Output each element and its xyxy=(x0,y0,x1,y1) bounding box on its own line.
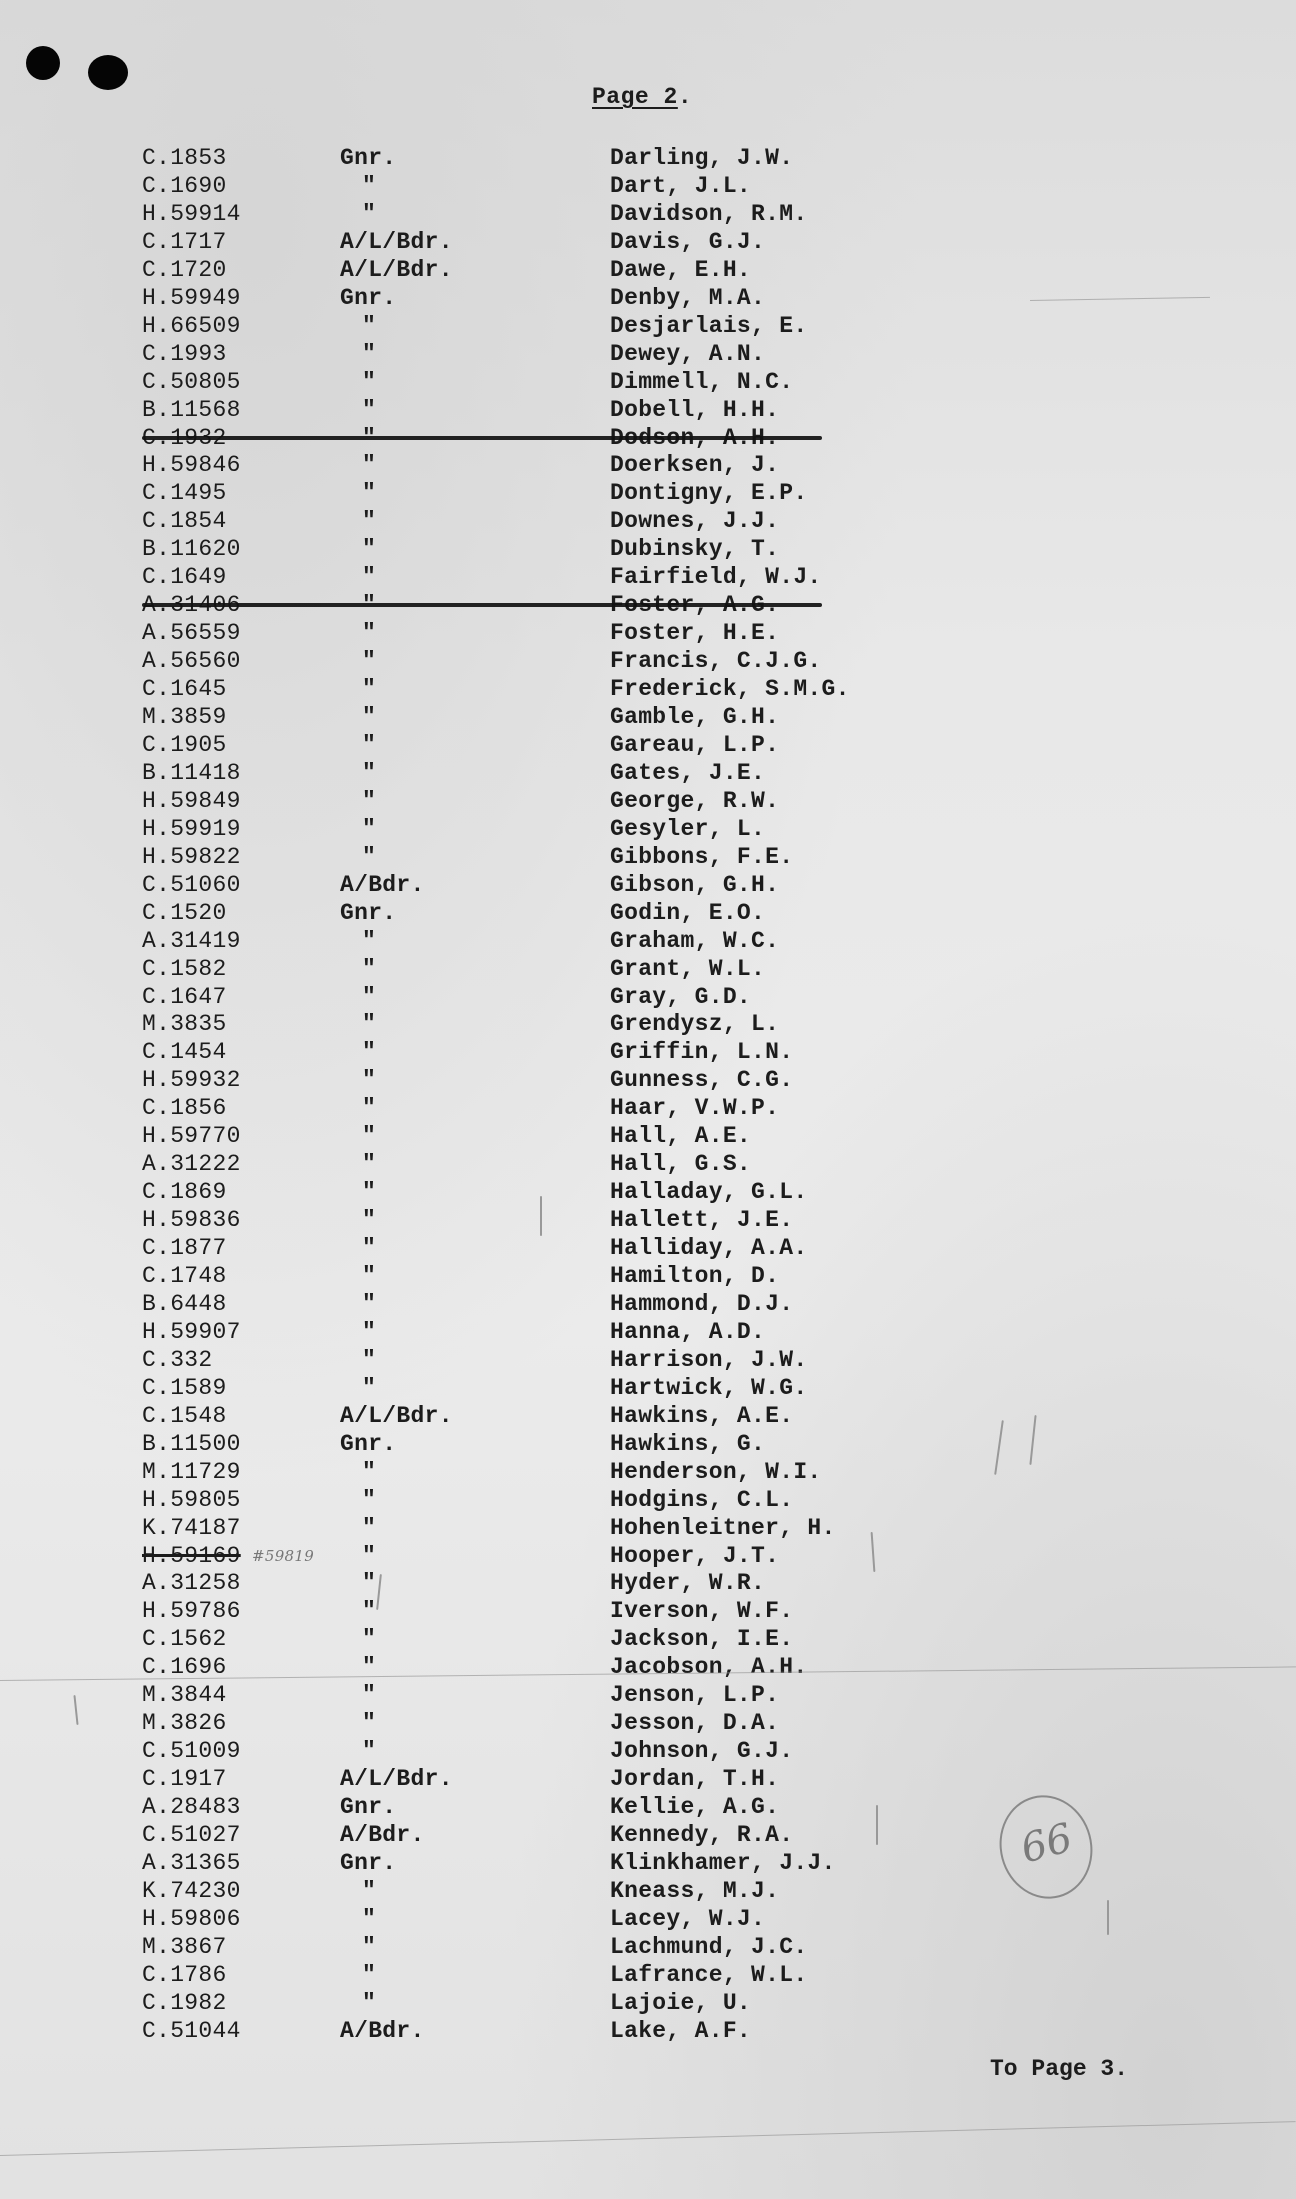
roll-entry: C.1717A/L/Bdr.Davis, G.J. xyxy=(0,228,1296,256)
roll-entry: C.332"Harrison, J.W. xyxy=(0,1346,1296,1374)
rank: A/Bdr. xyxy=(340,1821,425,1849)
regimental-number: K.74230 xyxy=(142,1877,241,1905)
soldier-name: Griffin, L.N. xyxy=(610,1038,793,1066)
ditto-mark: " xyxy=(362,172,376,200)
soldier-name: Halliday, A.A. xyxy=(610,1234,807,1262)
regimental-number: B.11568 xyxy=(142,396,241,424)
rank: A/Bdr. xyxy=(340,871,425,899)
regimental-number: B.11418 xyxy=(142,759,241,787)
soldier-name: Kennedy, R.A. xyxy=(610,1821,793,1849)
regimental-number: H.59836 xyxy=(142,1206,241,1234)
soldier-name: Lacey, W.J. xyxy=(610,1905,765,1933)
roll-entry: C.1649"Fairfield, W.J. xyxy=(0,563,1296,591)
punch-hole xyxy=(88,55,128,90)
roll-entry: C.1786"Lafrance, W.L. xyxy=(0,1961,1296,1989)
regimental-number: C.1877 xyxy=(142,1234,227,1262)
ditto-mark: " xyxy=(362,1178,376,1206)
ditto-mark: " xyxy=(362,312,376,340)
regimental-number: C.1720 xyxy=(142,256,227,284)
pencil-mark xyxy=(876,1805,878,1845)
roll-entry: C.1854"Downes, J.J. xyxy=(0,507,1296,535)
roll-entry: C.1645"Frederick, S.M.G. xyxy=(0,675,1296,703)
ditto-mark: " xyxy=(362,619,376,647)
roll-entry: A.28483Gnr.Kellie, A.G. xyxy=(0,1793,1296,1821)
soldier-name: Hodgins, C.L. xyxy=(610,1486,793,1514)
ditto-mark: " xyxy=(362,1681,376,1709)
ditto-mark: " xyxy=(362,1569,376,1597)
roll-entry: A.31365Gnr.Klinkhamer, J.J. xyxy=(0,1849,1296,1877)
ditto-mark: " xyxy=(362,815,376,843)
roll-entry: M.3859"Gamble, G.H. xyxy=(0,703,1296,731)
regimental-number: H.59169 xyxy=(142,1542,241,1570)
soldier-name: Henderson, W.I. xyxy=(610,1458,822,1486)
soldier-name: Iverson, W.F. xyxy=(610,1597,793,1625)
regimental-number: C.1717 xyxy=(142,228,227,256)
soldier-name: Graham, W.C. xyxy=(610,927,779,955)
soldier-name: Hartwick, W.G. xyxy=(610,1374,807,1402)
ditto-mark: " xyxy=(362,1094,376,1122)
ditto-mark: " xyxy=(362,787,376,815)
soldier-name: Dobell, H.H. xyxy=(610,396,779,424)
roll-entry: C.1869"Halladay, G.L. xyxy=(0,1178,1296,1206)
punch-hole xyxy=(26,46,60,80)
regimental-number: H.59949 xyxy=(142,284,241,312)
soldier-name: Grant, W.L. xyxy=(610,955,765,983)
soldier-name: Kneass, M.J. xyxy=(610,1877,779,1905)
roll-entry: C.51044A/Bdr.Lake, A.F. xyxy=(0,2017,1296,2045)
soldier-name: Hyder, W.R. xyxy=(610,1569,765,1597)
ditto-mark: " xyxy=(362,200,376,228)
roll-entry: M.11729"Henderson, W.I. xyxy=(0,1458,1296,1486)
continuation-note: To Page 3. xyxy=(990,2056,1128,2082)
soldier-name: Hooper, J.T. xyxy=(610,1542,779,1570)
roll-entry: C.1548A/L/Bdr.Hawkins, A.E. xyxy=(0,1402,1296,1430)
soldier-name: Gray, G.D. xyxy=(610,983,751,1011)
soldier-name: Fairfield, W.J. xyxy=(610,563,822,591)
roll-entry: C.1877"Halliday, A.A. xyxy=(0,1234,1296,1262)
roll-entry: H.59805"Hodgins, C.L. xyxy=(0,1486,1296,1514)
soldier-name: Hallett, J.E. xyxy=(610,1206,793,1234)
ditto-mark: " xyxy=(362,1989,376,2017)
ditto-mark: " xyxy=(362,927,376,955)
regimental-number: M.11729 xyxy=(142,1458,241,1486)
ditto-mark: " xyxy=(362,1066,376,1094)
soldier-name: Halladay, G.L. xyxy=(610,1178,807,1206)
soldier-name: Lafrance, W.L. xyxy=(610,1961,807,1989)
roll-entry: A.56560"Francis, C.J.G. xyxy=(0,647,1296,675)
ditto-mark: " xyxy=(362,1933,376,1961)
soldier-name: Jacobson, A.H. xyxy=(610,1653,807,1681)
soldier-name: Johnson, G.J. xyxy=(610,1737,793,1765)
regimental-number: C.1748 xyxy=(142,1262,227,1290)
regimental-number: K.74187 xyxy=(142,1514,241,1542)
ditto-mark: " xyxy=(362,759,376,787)
ditto-mark: " xyxy=(362,1318,376,1346)
roll-entry: H.59836"Hallett, J.E. xyxy=(0,1206,1296,1234)
ditto-mark: " xyxy=(362,1206,376,1234)
soldier-name: Jordan, T.H. xyxy=(610,1765,779,1793)
regimental-number: C.1853 xyxy=(142,144,227,172)
roll-entry: B.11568"Dobell, H.H. xyxy=(0,396,1296,424)
ditto-mark: " xyxy=(362,1737,376,1765)
ditto-mark: " xyxy=(362,1374,376,1402)
soldier-name: Lachmund, J.C. xyxy=(610,1933,807,1961)
ditto-mark: " xyxy=(362,1709,376,1737)
page-title: Page 2. xyxy=(592,84,692,110)
soldier-name: Dimmell, N.C. xyxy=(610,368,793,396)
rank: Gnr. xyxy=(340,899,396,927)
regimental-number: A.28483 xyxy=(142,1793,241,1821)
roll-entry: H.59822"Gibbons, F.E. xyxy=(0,843,1296,871)
roll-entry: M.3835"Grendysz, L. xyxy=(0,1010,1296,1038)
soldier-name: Doerksen, J. xyxy=(610,451,779,479)
rank: Gnr. xyxy=(340,1430,396,1458)
soldier-name: Dawe, E.H. xyxy=(610,256,751,284)
soldier-name: Hammond, D.J. xyxy=(610,1290,793,1318)
regimental-number: C.1690 xyxy=(142,172,227,200)
roll-entry: C.1917A/L/Bdr.Jordan, T.H. xyxy=(0,1765,1296,1793)
soldier-name: Lajoie, U. xyxy=(610,1989,751,2017)
regimental-number: C.1856 xyxy=(142,1094,227,1122)
regimental-number: H.59806 xyxy=(142,1905,241,1933)
roll-entry: C.1647"Gray, G.D. xyxy=(0,983,1296,1011)
soldier-name: Gibson, G.H. xyxy=(610,871,779,899)
handwritten-correction: #59819 xyxy=(252,1542,314,1570)
soldier-name: Haar, V.W.P. xyxy=(610,1094,779,1122)
roll-entry: H.59932"Gunness, C.G. xyxy=(0,1066,1296,1094)
ditto-mark: " xyxy=(362,1961,376,1989)
soldier-name: Desjarlais, E. xyxy=(610,312,807,340)
regimental-number: H.59822 xyxy=(142,843,241,871)
regimental-number: H.59786 xyxy=(142,1597,241,1625)
roll-entry: C.1932"Dodson, A.H. xyxy=(0,424,1296,452)
roll-entry: C.1582"Grant, W.L. xyxy=(0,955,1296,983)
roll-entry: A.31406"Foster, A.G. xyxy=(0,591,1296,619)
regimental-number: C.1548 xyxy=(142,1402,227,1430)
ditto-mark: " xyxy=(362,1290,376,1318)
regimental-number: C.1562 xyxy=(142,1625,227,1653)
soldier-name: Hall, A.E. xyxy=(610,1122,751,1150)
regimental-number: C.1649 xyxy=(142,563,227,591)
soldier-name: Foster, H.E. xyxy=(610,619,779,647)
regimental-number: C.1454 xyxy=(142,1038,227,1066)
roll-entry: H.59846"Doerksen, J. xyxy=(0,451,1296,479)
regimental-number: H.59914 xyxy=(142,200,241,228)
ditto-mark: " xyxy=(362,703,376,731)
roll-entry: A.31222"Hall, G.S. xyxy=(0,1150,1296,1178)
roll-entry: H.66509"Desjarlais, E. xyxy=(0,312,1296,340)
regimental-number: A.31365 xyxy=(142,1849,241,1877)
regimental-number: H.59919 xyxy=(142,815,241,843)
ditto-mark: " xyxy=(362,1514,376,1542)
regimental-number: H.59932 xyxy=(142,1066,241,1094)
regimental-number: C.332 xyxy=(142,1346,213,1374)
pencil-mark xyxy=(540,1196,542,1236)
roll-entry: C.51009"Johnson, G.J. xyxy=(0,1737,1296,1765)
roll-entry: H.59169#59819"Hooper, J.T. xyxy=(0,1542,1296,1570)
rank: Gnr. xyxy=(340,144,396,172)
regimental-number: A.56560 xyxy=(142,647,241,675)
regimental-number: M.3826 xyxy=(142,1709,227,1737)
ditto-mark: " xyxy=(362,368,376,396)
ditto-mark: " xyxy=(362,1486,376,1514)
ditto-mark: " xyxy=(362,396,376,424)
roll-entry: C.1720A/L/Bdr.Dawe, E.H. xyxy=(0,256,1296,284)
regimental-number: C.1589 xyxy=(142,1374,227,1402)
regimental-number: C.1917 xyxy=(142,1765,227,1793)
soldier-name: Francis, C.J.G. xyxy=(610,647,822,675)
roll-entry: H.59907"Hanna, A.D. xyxy=(0,1318,1296,1346)
rank: Gnr. xyxy=(340,284,396,312)
soldier-name: Hawkins, A.E. xyxy=(610,1402,793,1430)
ditto-mark: " xyxy=(362,1122,376,1150)
strikethrough-line xyxy=(142,603,822,607)
ditto-mark: " xyxy=(362,1905,376,1933)
ditto-mark: " xyxy=(362,1234,376,1262)
soldier-name: Harrison, J.W. xyxy=(610,1346,807,1374)
regimental-number: C.1905 xyxy=(142,731,227,759)
roll-entry: B.6448"Hammond, D.J. xyxy=(0,1290,1296,1318)
ditto-mark: " xyxy=(362,1597,376,1625)
roll-entry: H.59806"Lacey, W.J. xyxy=(0,1905,1296,1933)
soldier-name: Davis, G.J. xyxy=(610,228,765,256)
soldier-name: Darling, J.W. xyxy=(610,144,793,172)
ditto-mark: " xyxy=(362,1038,376,1066)
roll-entry: C.1905"Gareau, L.P. xyxy=(0,731,1296,759)
ditto-mark: " xyxy=(362,1262,376,1290)
regimental-number: C.1582 xyxy=(142,955,227,983)
regimental-number: A.31419 xyxy=(142,927,241,955)
roll-entry: M.3826"Jesson, D.A. xyxy=(0,1709,1296,1737)
roll-entry: C.1454"Griffin, L.N. xyxy=(0,1038,1296,1066)
soldier-name: Davidson, R.M. xyxy=(610,200,807,228)
ditto-mark: " xyxy=(362,955,376,983)
roll-entry: C.1982"Lajoie, U. xyxy=(0,1989,1296,2017)
regimental-number: H.59849 xyxy=(142,787,241,815)
ditto-mark: " xyxy=(362,451,376,479)
soldier-name: Dart, J.L. xyxy=(610,172,751,200)
ditto-mark: " xyxy=(362,1150,376,1178)
soldier-name: Hohenleitner, H. xyxy=(610,1514,836,1542)
roll-entry: A.31258"Hyder, W.R. xyxy=(0,1569,1296,1597)
soldier-name: Jesson, D.A. xyxy=(610,1709,779,1737)
rank: A/L/Bdr. xyxy=(340,228,453,256)
regimental-number: M.3835 xyxy=(142,1010,227,1038)
roll-entry: C.1520Gnr.Godin, E.O. xyxy=(0,899,1296,927)
rank: Gnr. xyxy=(340,1793,396,1821)
roll-entry: H.59770"Hall, A.E. xyxy=(0,1122,1296,1150)
ditto-mark: " xyxy=(362,1010,376,1038)
roll-entry: K.74187"Hohenleitner, H. xyxy=(0,1514,1296,1542)
roll-entry: C.1993"Dewey, A.N. xyxy=(0,340,1296,368)
soldier-name: Frederick, S.M.G. xyxy=(610,675,850,703)
roll-entry: K.74230"Kneass, M.J. xyxy=(0,1877,1296,1905)
roll-entry: C.51060A/Bdr.Gibson, G.H. xyxy=(0,871,1296,899)
ditto-mark: " xyxy=(362,1542,376,1570)
ditto-mark: " xyxy=(362,843,376,871)
regimental-number: C.1869 xyxy=(142,1178,227,1206)
soldier-name: George, R.W. xyxy=(610,787,779,815)
regimental-number: C.1993 xyxy=(142,340,227,368)
roll-entry: B.11500Gnr.Hawkins, G. xyxy=(0,1430,1296,1458)
regimental-number: B.11500 xyxy=(142,1430,241,1458)
regimental-number: M.3844 xyxy=(142,1681,227,1709)
rank: A/L/Bdr. xyxy=(340,1402,453,1430)
roll-entry: H.59786"Iverson, W.F. xyxy=(0,1597,1296,1625)
roll-entry: H.59914"Davidson, R.M. xyxy=(0,200,1296,228)
regimental-number: H.59846 xyxy=(142,451,241,479)
roll-entry: C.1589"Hartwick, W.G. xyxy=(0,1374,1296,1402)
regimental-number: C.1786 xyxy=(142,1961,227,1989)
regimental-number: C.1645 xyxy=(142,675,227,703)
regimental-number: H.59770 xyxy=(142,1122,241,1150)
regimental-number: C.51044 xyxy=(142,2017,241,2045)
rank: A/L/Bdr. xyxy=(340,1765,453,1793)
regimental-number: H.59805 xyxy=(142,1486,241,1514)
roll-entry: C.1856"Haar, V.W.P. xyxy=(0,1094,1296,1122)
soldier-name: Grendysz, L. xyxy=(610,1010,779,1038)
roll-entry: H.59919"Gesyler, L. xyxy=(0,815,1296,843)
regimental-number: C.1854 xyxy=(142,507,227,535)
ditto-mark: " xyxy=(362,983,376,1011)
soldier-name: Jackson, I.E. xyxy=(610,1625,793,1653)
regimental-number: C.51027 xyxy=(142,1821,241,1849)
roll-entry: C.1853Gnr.Darling, J.W. xyxy=(0,144,1296,172)
regimental-number: C.51060 xyxy=(142,871,241,899)
regimental-number: B.11620 xyxy=(142,535,241,563)
regimental-number: C.1495 xyxy=(142,479,227,507)
ditto-mark: " xyxy=(362,675,376,703)
ditto-mark: " xyxy=(362,647,376,675)
ditto-mark: " xyxy=(362,563,376,591)
soldier-name: Godin, E.O. xyxy=(610,899,765,927)
regimental-number: M.3867 xyxy=(142,1933,227,1961)
soldier-name: Kellie, A.G. xyxy=(610,1793,779,1821)
ditto-mark: " xyxy=(362,340,376,368)
ditto-mark: " xyxy=(362,507,376,535)
roll-entry: C.1690"Dart, J.L. xyxy=(0,172,1296,200)
regimental-number: H.59907 xyxy=(142,1318,241,1346)
regimental-number: A.31222 xyxy=(142,1150,241,1178)
rank: A/L/Bdr. xyxy=(340,256,453,284)
regimental-number: C.1647 xyxy=(142,983,227,1011)
roll-entry: H.59849"George, R.W. xyxy=(0,787,1296,815)
rank: A/Bdr. xyxy=(340,2017,425,2045)
regimental-number: C.1520 xyxy=(142,899,227,927)
ditto-mark: " xyxy=(362,535,376,563)
fold-line xyxy=(0,2121,1296,2156)
roll-entry: B.11620"Dubinsky, T. xyxy=(0,535,1296,563)
regimental-number: A.56559 xyxy=(142,619,241,647)
rank: Gnr. xyxy=(340,1849,396,1877)
soldier-name: Gesyler, L. xyxy=(610,815,765,843)
roll-entry: A.31419"Graham, W.C. xyxy=(0,927,1296,955)
circled-number: 66 xyxy=(1016,1815,1077,1873)
roll-entry: M.3867"Lachmund, J.C. xyxy=(0,1933,1296,1961)
ditto-mark: " xyxy=(362,1877,376,1905)
soldier-name: Klinkhamer, J.J. xyxy=(610,1849,836,1877)
soldier-name: Denby, M.A. xyxy=(610,284,765,312)
soldier-name: Dewey, A.N. xyxy=(610,340,765,368)
roll-entry: A.56559"Foster, H.E. xyxy=(0,619,1296,647)
soldier-name: Hamilton, D. xyxy=(610,1262,779,1290)
regimental-number: C.50805 xyxy=(142,368,241,396)
roll-entry: B.11418"Gates, J.E. xyxy=(0,759,1296,787)
regimental-number: B.6448 xyxy=(142,1290,227,1318)
roll-entry: C.1495"Dontigny, E.P. xyxy=(0,479,1296,507)
soldier-name: Jenson, L.P. xyxy=(610,1681,779,1709)
roll-entry: C.1748"Hamilton, D. xyxy=(0,1262,1296,1290)
soldier-name: Gates, J.E. xyxy=(610,759,765,787)
soldier-name: Downes, J.J. xyxy=(610,507,779,535)
ditto-mark: " xyxy=(362,731,376,759)
roll-entry: C.51027A/Bdr.Kennedy, R.A. xyxy=(0,1821,1296,1849)
regimental-number: H.66509 xyxy=(142,312,241,340)
ditto-mark: " xyxy=(362,1346,376,1374)
soldier-name: Gunness, C.G. xyxy=(610,1066,793,1094)
soldier-name: Hawkins, G. xyxy=(610,1430,765,1458)
ditto-mark: " xyxy=(362,479,376,507)
ditto-mark: " xyxy=(362,1458,376,1486)
roll-entry: C.1562"Jackson, I.E. xyxy=(0,1625,1296,1653)
pencil-mark xyxy=(1107,1900,1109,1935)
soldier-name: Gibbons, F.E. xyxy=(610,843,793,871)
roll-entry: C.50805"Dimmell, N.C. xyxy=(0,368,1296,396)
regimental-number: C.1982 xyxy=(142,1989,227,2017)
soldier-name: Lake, A.F. xyxy=(610,2017,751,2045)
ditto-mark: " xyxy=(362,1625,376,1653)
soldier-name: Dontigny, E.P. xyxy=(610,479,807,507)
soldier-name: Hall, G.S. xyxy=(610,1150,751,1178)
strikethrough-line xyxy=(142,436,822,440)
regimental-number: C.51009 xyxy=(142,1737,241,1765)
soldier-name: Dubinsky, T. xyxy=(610,535,779,563)
soldier-name: Gareau, L.P. xyxy=(610,731,779,759)
page-title-text: Page 2 xyxy=(592,84,678,110)
regimental-number: A.31258 xyxy=(142,1569,241,1597)
soldier-name: Hanna, A.D. xyxy=(610,1318,765,1346)
page-title-period: . xyxy=(678,84,692,110)
roll-entry: M.3844"Jenson, L.P. xyxy=(0,1681,1296,1709)
soldier-name: Gamble, G.H. xyxy=(610,703,779,731)
regimental-number: M.3859 xyxy=(142,703,227,731)
